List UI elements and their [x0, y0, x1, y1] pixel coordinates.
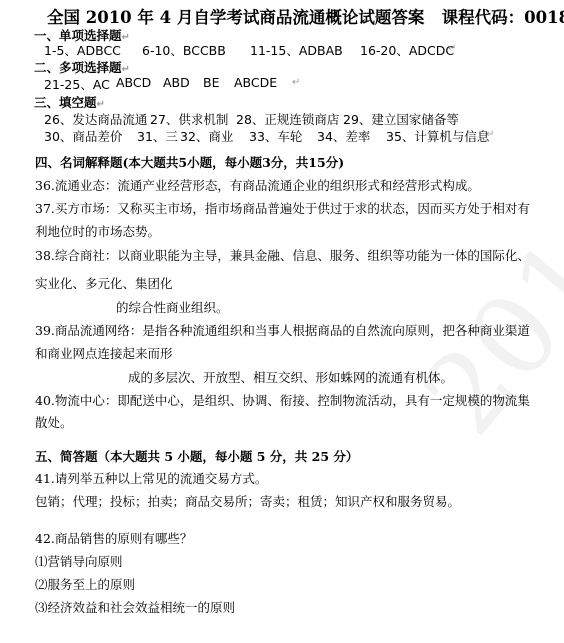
- definition-39-line-2: 和商业网点连接起来而形: [35, 344, 173, 362]
- definition-37-line-1: 37.买方市场：又称买主市场，指市场商品普遍处于供过于求的状态，因而买方处于相对…: [35, 199, 530, 217]
- definition-40-line-1: 40.物流中心：即配送中心，是组织、协调、衔接、控制物流活动，具有一定规模的物流…: [35, 391, 530, 409]
- definition-37-line-2: 利地位时的市场态势。: [35, 222, 160, 240]
- section-heading-multi-choice: 二、多项选择题↵: [34, 58, 130, 76]
- section-heading-fill-blank: 三、填空题↵: [34, 93, 105, 111]
- answer-group: 16-20、ADCDC: [360, 41, 454, 59]
- course-code: 课程代码：00185: [442, 8, 564, 27]
- fill-blank-row-2: 30、商品差价 31、三 32、商业 33、车轮 34、差率 35、计算机与信息…: [44, 127, 554, 143]
- page-title: 全国 2010 年 4 月自学考试商品流通概论试题答案 课程代码：00185↵: [47, 4, 564, 28]
- paragraph-mark-icon: ↵: [448, 112, 456, 123]
- definition-39-line-3: 成的多层次、开放型、相互交织、形如蛛网的流通有机体。: [128, 368, 453, 386]
- definition-36: 36.流通业态：流通产业经营形态，有商品流通企业的组织形式和经营形式构成。: [35, 176, 480, 194]
- paragraph-mark-icon: ↵: [97, 99, 105, 110]
- blank-answer: 29、建立国家储备等: [343, 110, 459, 128]
- paragraph-mark-icon: ↵: [448, 43, 456, 54]
- definition-38-line-2: 实业化、多元化、集团化: [35, 274, 173, 292]
- answer-group: ABCD: [116, 75, 151, 90]
- blank-answer: 31、三: [137, 127, 178, 145]
- paragraph-mark-icon: ↵: [486, 129, 494, 140]
- blank-answer: 28、正规连锁商店: [236, 110, 339, 128]
- blank-answer: 32、商业: [180, 127, 233, 145]
- blank-answer: 27、供求机制: [150, 110, 228, 128]
- paragraph-mark-icon: ↵: [122, 64, 130, 75]
- answer-group: 11-15、ADBAB: [250, 41, 343, 59]
- paragraph-mark-icon: ↵: [292, 77, 300, 88]
- blank-answer: 26、发达商品流通: [44, 110, 147, 128]
- section-heading-short-answer: 五、简答题（本大题共 5 小题，每小题 5 分，共 25 分）: [35, 447, 358, 465]
- definition-38-line-3: 的综合性商业组织。: [116, 298, 229, 316]
- answer-group: 1-5、ADBCC: [44, 41, 121, 59]
- answer-42-item-1: ⑴营销导向原则: [35, 552, 123, 570]
- definition-38-line-1: 38.综合商社：以商业职能为主导，兼具金融、信息、服务、组织等功能为一体的国际化…: [35, 246, 530, 264]
- answer-41: 包销；代理；投标；拍卖；商品交易所；寄卖；租赁；知识产权和服务贸易。: [35, 492, 460, 510]
- fill-blank-row-1: 26、发达商品流通 27、供求机制 28、正规连锁商店 29、建立国家储备等 ↵: [44, 110, 554, 126]
- blank-answer: 33、车轮: [249, 127, 302, 145]
- question-42: 42.商品销售的原则有哪些？: [35, 529, 192, 547]
- answer-group: 21-25、AC: [44, 75, 110, 93]
- blank-answer: 30、商品差价: [44, 127, 122, 145]
- section-heading-definitions: 四、名词解释题(本大题共5小题，每小题3分，共15分): [35, 153, 344, 171]
- title-main: 全国 2010 年 4 月自学考试商品流通概论试题答案: [47, 8, 424, 27]
- answer-42-item-3: ⑶经济效益和社会效益相统一的原则: [35, 598, 235, 616]
- blank-answer: 34、差率: [317, 127, 370, 145]
- multi-choice-answers: 21-25、AC ABCD ABD BE ABCDE ↵: [44, 75, 544, 91]
- definition-39-line-1: 39.商品流通网络：是指各种流通组织和当事人根据商品的自然流向原则，把各种商业渠…: [35, 321, 530, 339]
- definition-40-line-2: 散处。: [35, 413, 73, 431]
- heading-text: 三、填空题: [34, 95, 97, 110]
- answer-group: 6-10、BCCBB: [142, 41, 226, 59]
- blank-answer: 35、计算机与信息: [386, 127, 489, 145]
- answer-42-item-2: ⑵服务至上的原则: [35, 575, 135, 593]
- answer-group: ABCDE: [234, 75, 277, 90]
- answer-group: BE: [203, 75, 219, 90]
- question-41: 41.请列举五种以上常见的流通交易方式。: [35, 469, 267, 487]
- heading-text: 二、多项选择题: [34, 60, 122, 75]
- answer-group: ABD: [163, 75, 190, 90]
- single-choice-answers: 1-5、ADBCC 6-10、BCCBB 11-15、ADBAB 16-20、A…: [44, 41, 544, 57]
